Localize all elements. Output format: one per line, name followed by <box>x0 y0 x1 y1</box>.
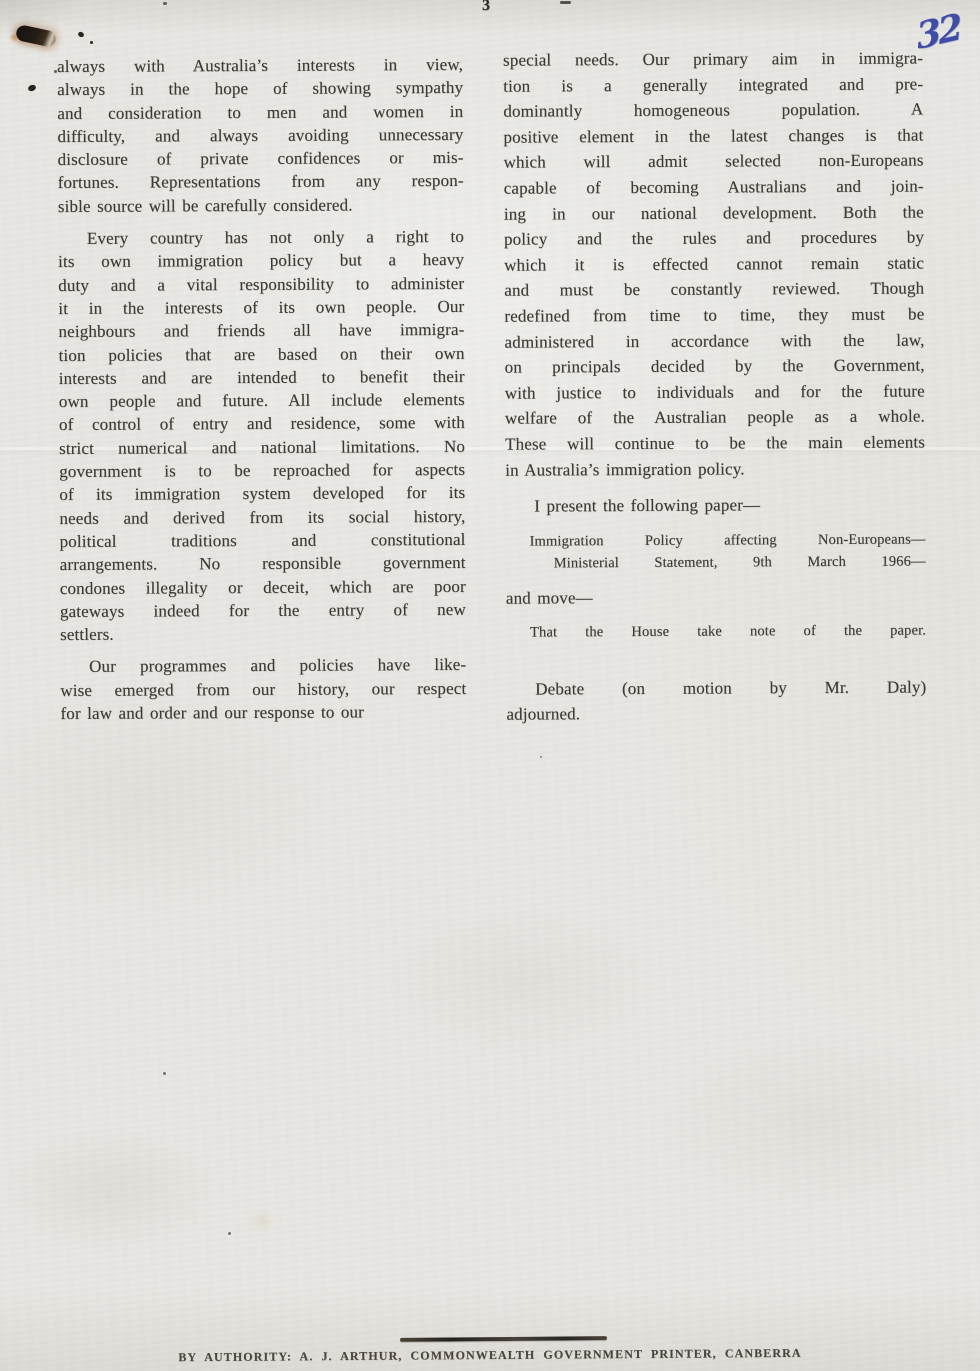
ink-speck <box>228 1232 231 1235</box>
text-line: redefined from time to time, they must b… <box>504 301 924 329</box>
ink-speck <box>540 756 542 758</box>
ink-speck <box>560 1 571 4</box>
paper-citation: Immigration Policy affecting Non-Europea… <box>505 528 925 575</box>
ink-speck <box>27 84 37 92</box>
paragraph: special needs. Our primary aim in immigr… <box>503 45 925 482</box>
text-columns: always with Australia’s interests in vie… <box>57 50 927 734</box>
text-line: Debate (on motion by Mr. Daly) <box>506 674 926 702</box>
text-line: disclosure of private confidences or mis… <box>57 146 463 171</box>
text-line: These will continue to be the main eleme… <box>505 429 925 457</box>
text-line: special needs. Our primary aim in immigr… <box>503 45 923 73</box>
left-column: always with Australia’s interests in vie… <box>57 53 467 735</box>
page-number: 3 <box>482 0 490 15</box>
text-line: Our programmes and policies have like- <box>60 653 466 678</box>
citation-line: Ministerial Statement, 9th March 1966— <box>530 551 926 576</box>
and-move-line: and move— <box>506 583 926 611</box>
text-line: neighbours and friends all have immigra- <box>58 318 464 343</box>
paragraph: Every country has not only a right toits… <box>58 225 466 646</box>
ink-speck <box>77 31 85 38</box>
text-line: government is to be reproached for aspec… <box>59 458 465 483</box>
text-line: it in the interests of its own people. O… <box>58 295 464 320</box>
text-line: always in the hope of showing sympathy <box>57 76 463 101</box>
printer-imprint: BY AUTHORITY: A. J. ARTHUR, COMMONWEALTH… <box>0 1345 980 1367</box>
text-line: its own immigration policy but a heavy <box>58 248 464 273</box>
staple-mark <box>15 24 57 48</box>
text-line: own people and future. All include eleme… <box>59 388 465 413</box>
text-line: dominantly homogeneous population. A <box>503 97 923 125</box>
text-line: condones illegality or deceit, which are… <box>60 574 466 599</box>
right-column: special needs. Our primary aim in immigr… <box>503 45 927 727</box>
text-line: adjourned. <box>506 700 926 728</box>
text-line: and must be constantly reviewed. Though <box>504 276 924 304</box>
text-line: needs and derived from its social histor… <box>59 505 465 530</box>
text-line: in Australia’s immigration policy. <box>505 455 925 483</box>
text-line: for law and order and our response to ou… <box>60 700 466 725</box>
text-line: of its immigration system developed for … <box>59 481 465 506</box>
text-line: administered in accordance with the law, <box>504 327 924 355</box>
text-line: tion is a generally integrated and pre- <box>503 71 923 99</box>
footer-rule <box>400 1336 607 1342</box>
text-line: with justice to individuals and for the … <box>505 378 925 406</box>
ink-speck <box>163 1072 166 1075</box>
text-line: sible source will be carefully considere… <box>58 193 464 218</box>
text-line: strict numerical and national limitation… <box>59 435 465 460</box>
debate-adjourned-paragraph: Debate (on motion by Mr. Daly)adjourned. <box>506 674 926 727</box>
text-line: difficulty, and always avoiding unnecess… <box>57 123 463 148</box>
text-line: always with Australia’s interests in vie… <box>57 53 463 78</box>
text-line: interests and are intended to benefit th… <box>59 365 465 390</box>
text-line: on principals decided by the Government, <box>505 353 925 381</box>
text-line: settlers. <box>60 621 466 646</box>
text-line: which it is effected cannot remain stati… <box>504 250 924 278</box>
text-line: which will admit selected non-Europeans <box>504 148 924 176</box>
text-line: and consideration to men and women in <box>57 99 463 124</box>
text-line: welfare of the Australian people as a wh… <box>505 404 925 432</box>
text-line: of control of entry and residence, some … <box>59 411 465 436</box>
text-line: gateways indeed for the entry of new <box>60 598 466 623</box>
ink-speck <box>163 2 167 5</box>
scanned-document-page: 3 32 always with Australia’s interests i… <box>0 0 980 1371</box>
text-line: duty and a vital responsibility to admin… <box>58 272 464 297</box>
text-line: ing in our national development. Both th… <box>504 199 924 227</box>
citation-line: Immigration Policy affecting Non-Europea… <box>529 528 925 553</box>
text-line: positive element in the latest changes i… <box>503 122 923 150</box>
paragraph: Our programmes and policies have like-wi… <box>60 653 466 725</box>
text-line: arrangements. No responsible government <box>60 551 466 576</box>
present-paper-line: I present the following paper— <box>505 492 925 520</box>
text-line: political traditions and constitutional <box>59 528 465 553</box>
text-line: Every country has not only a right to <box>58 225 464 250</box>
text-line: wise emerged from our history, our respe… <box>60 677 466 702</box>
text-line: fortunes. Representations from any respo… <box>58 169 464 194</box>
ink-speck <box>90 41 93 44</box>
text-line: policy and the rules and procedures by <box>504 225 924 253</box>
paragraph: always with Australia’s interests in vie… <box>57 53 464 218</box>
text-line: capable of becoming Australians and join… <box>504 173 924 201</box>
motion-text: That the House take note of the paper. <box>506 620 926 645</box>
text-line: tion policies that are based on their ow… <box>59 341 465 366</box>
